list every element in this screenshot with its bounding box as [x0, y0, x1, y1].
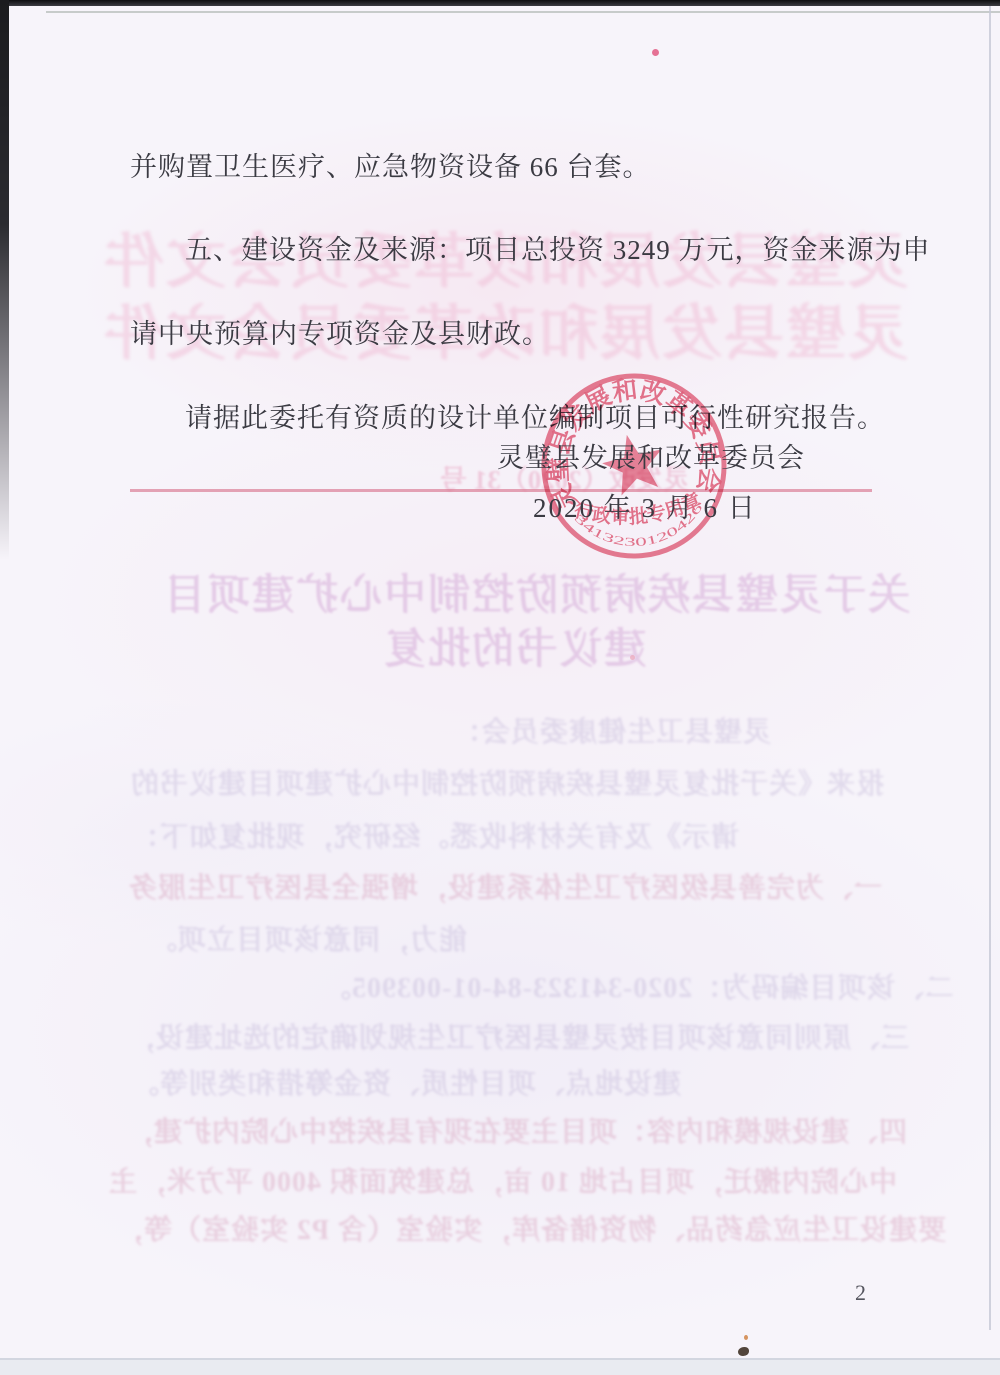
- red-ink-speck: [652, 49, 659, 56]
- scan-edge-top: [0, 0, 1000, 6]
- bleed-text-line: 要建设卫生应急药品、物资储备库，实验室（含 P2 实验室）等，: [114, 1208, 946, 1248]
- bleed-text-line: 报来《关于批复灵璧县疾病预防控制中心扩建项目建议书的: [130, 762, 884, 802]
- scan-edge-right: [989, 6, 991, 1330]
- signature-date: 2020 年 3 月 6 日: [533, 486, 757, 525]
- bleed-text-line: 二、该项目编码为：2020-341323-84-01-003905。: [322, 966, 953, 1006]
- orange-speck: [744, 1335, 748, 1340]
- scan-edge-left: [0, 0, 9, 560]
- bleed-text-line: 一、为完善县级医疗卫生体系建设，增强全县医疗卫生服务: [128, 866, 882, 906]
- pink-ink-speck: [630, 655, 635, 660]
- scan-edge-bottom: [0, 1360, 1000, 1375]
- bleed-title-line1: 关于灵璧县疾病预防控制中心扩建项目: [162, 562, 910, 622]
- bleed-text-line: 中心院内搬迁，项目占地 10 亩，总建筑面积 4000 平方米，主: [108, 1160, 897, 1200]
- body-line-3: 请中央预算内专项资金及县财政。: [130, 312, 550, 351]
- signature-organization: 灵璧县发展和改革委员会: [497, 436, 805, 475]
- body-line-2: 五、建设资金及来源：项目总投资 3249 万元，资金来源为申: [185, 228, 931, 267]
- dark-ink-blot: [738, 1347, 749, 1356]
- bleed-red-rule-line: [130, 489, 872, 492]
- bleed-text-line: 灵璧县卫生健康委员会：: [452, 710, 771, 750]
- bleed-text-line: 四、建设规模和内容：项目主要在现有县疾控中心院内扩建，: [124, 1110, 907, 1150]
- bleed-text-line: 请示》及有关材料收悉。经研究，现批复如下：: [130, 815, 739, 855]
- scanned-document-page: 灵璧县发展和改革委员会文件 灵璧县发展和改革委员会文件 灵发改（2020）31 …: [0, 0, 1000, 1375]
- paper-texture: [0, 0, 1000, 1375]
- scan-edge-top-line: [46, 11, 1000, 13]
- page-number: 2: [855, 1280, 866, 1306]
- bleed-text-line: 能力，同意该项目立项。: [148, 918, 467, 958]
- body-line-1: 并购置卫生医疗、应急物资设备 66 台套。: [130, 145, 651, 184]
- bleed-title-line2: 建议书的批复: [382, 616, 646, 676]
- bleed-text-line: 三、原则同意该项目按灵璧县医疗卫生规划确定的选址建设，: [126, 1016, 909, 1056]
- bleed-text-line: 建设地点、项目性质、资金筹措和类别等。: [130, 1062, 681, 1102]
